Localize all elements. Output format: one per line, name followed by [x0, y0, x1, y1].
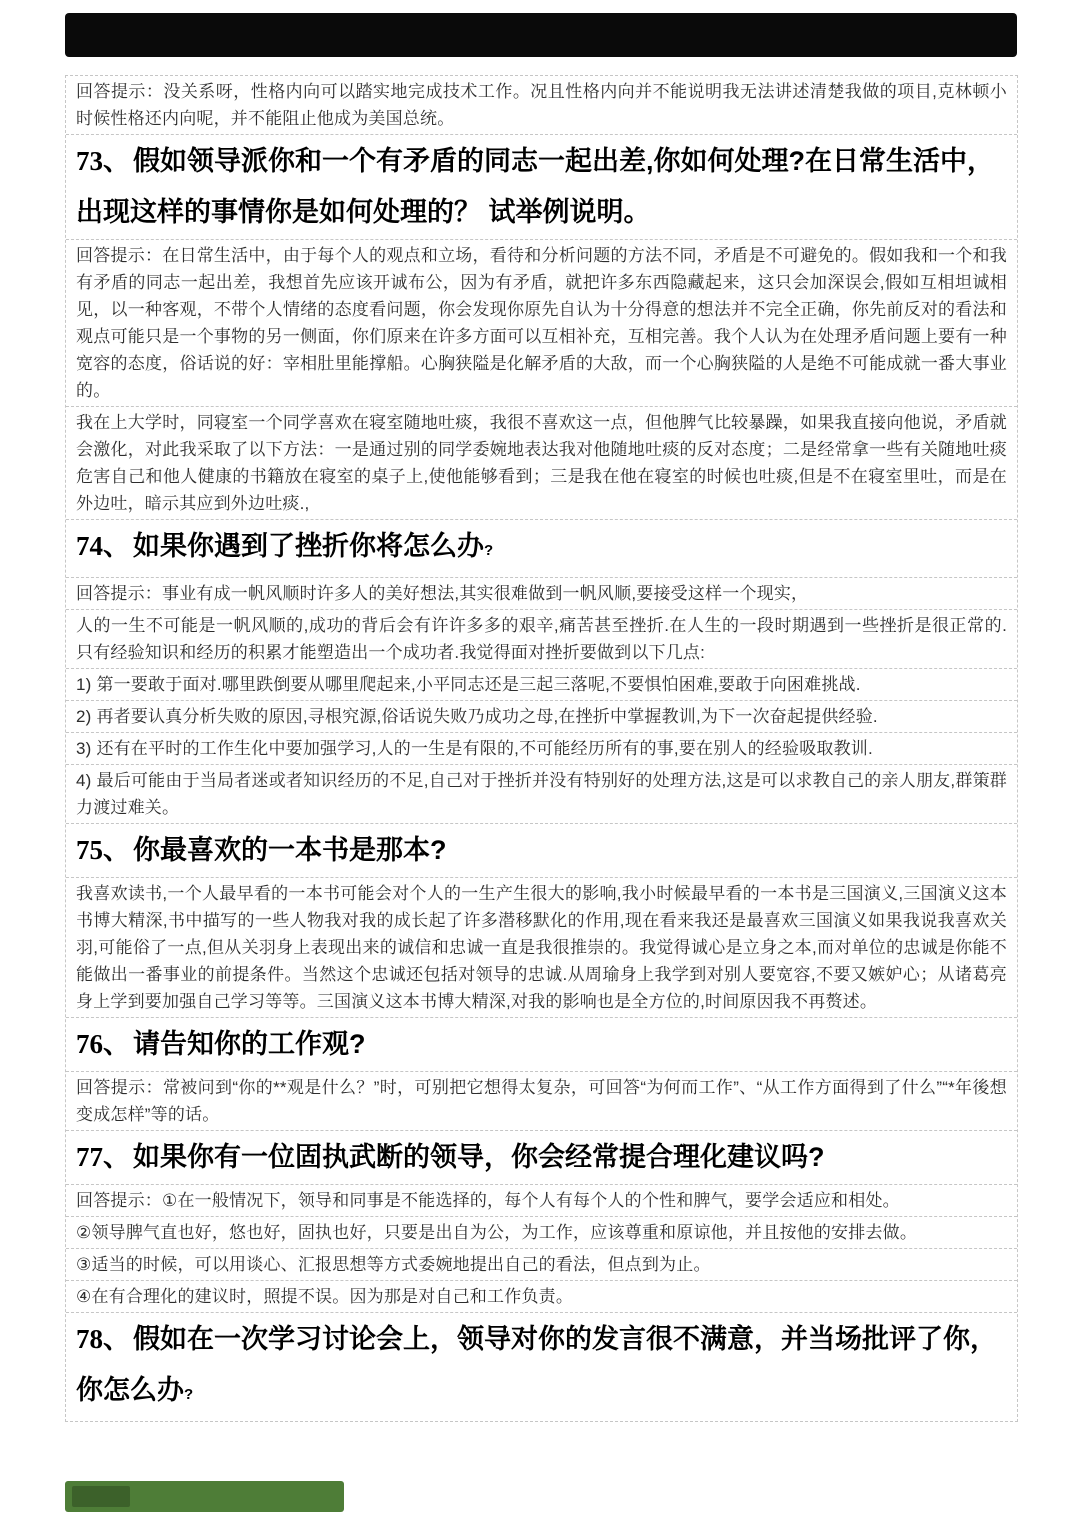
highlight-mark	[72, 1486, 130, 1507]
question-heading: 76、请告知你的工作观?	[66, 1017, 1017, 1071]
bottom-highlight-bar	[65, 1481, 344, 1512]
question-line: 你怎么办?	[76, 1365, 1007, 1420]
question-mark-small: ?	[184, 1386, 193, 1403]
answer-text-row: 3) 还有在平时的工作生化中要加强学习,人的一生是有限的,不可能经历所有的事,要…	[66, 732, 1017, 764]
answer-text-row: 回答提示：常被问到“你的**观是什么？”时，可别把它想得太复杂，可回答“为何而工…	[66, 1071, 1017, 1130]
answer-text-row: 回答提示：在日常生活中，由于每个人的观点和立场，看待和分析问题的方法不同，矛盾是…	[66, 239, 1017, 406]
question-heading: 75、你最喜欢的一本书是那本?	[66, 823, 1017, 877]
top-redacted-bar	[65, 13, 1017, 57]
question-heading: 78、假如在一次学习讨论会上，领导对你的发言很不满意，并当场批评了你，你怎么办?	[66, 1312, 1017, 1421]
question-text: 假如领导派你和一个有矛盾的同志一起出差,你如何处理?在日常生活中，	[133, 146, 994, 176]
question-line: 73、假如领导派你和一个有矛盾的同志一起出差,你如何处理?在日常生活中，	[76, 136, 1007, 187]
question-line: 78、假如在一次学习讨论会上，领导对你的发言很不满意，并当场批评了你，	[76, 1314, 1007, 1365]
answer-text-row: 人的一生不可能是一帆风顺的,成功的背后会有许许多多的艰辛,痛苦甚至挫折.在人生的…	[66, 609, 1017, 668]
page: 回答提示：没关系呀，性格内向可以踏实地完成技术工作。况且性格内向并不能说明我无法…	[0, 0, 1080, 1523]
question-heading: 77、如果你有一位固执武断的领导，你会经常提合理化建议吗?	[66, 1130, 1017, 1184]
question-line: 出现这样的事情你是如何处理的？ 试举例说明。	[76, 187, 1007, 238]
question-number: 78、	[76, 1324, 133, 1354]
answer-text-row: 2) 再者要认真分析失败的原因,寻根究源,俗话说失败乃成功之母,在挫折中掌握教训…	[66, 700, 1017, 732]
answer-text-row: ③适当的时候，可以用谈心、汇报思想等方式委婉地提出自己的看法，但点到为止。	[66, 1248, 1017, 1280]
question-line: 74、如果你遇到了挫折你将怎么办?	[76, 521, 1007, 576]
answer-text-row: 回答提示：没关系呀，性格内向可以踏实地完成技术工作。况且性格内向并不能说明我无法…	[66, 76, 1017, 134]
question-text: 请告知你的工作观?	[133, 1029, 366, 1059]
question-line: 76、请告知你的工作观?	[76, 1019, 1007, 1070]
question-text: 如果你有一位固执武断的领导，你会经常提合理化建议吗?	[133, 1142, 825, 1172]
question-text: 你怎么办	[76, 1375, 184, 1405]
answer-text-row: 回答提示：①在一般情况下，领导和同事是不能选择的，每个人有每个人的个性和脾气，要…	[66, 1184, 1017, 1216]
answer-text-row: 我在上大学时，同寝室一个同学喜欢在寝室随地吐痰，我很不喜欢这一点，但他脾气比较暴…	[66, 406, 1017, 519]
answer-text-row: 我喜欢读书,一个人最早看的一本书可能会对个人的一生产生很大的影响,我小时候最早看…	[66, 877, 1017, 1017]
question-heading: 74、如果你遇到了挫折你将怎么办?	[66, 519, 1017, 577]
answer-text-row: 回答提示：事业有成一帆风顺时许多人的美好想法,其实很难做到一帆风顺,要接受这样一…	[66, 577, 1017, 609]
question-text: 如果你遇到了挫折你将怎么办	[133, 531, 484, 561]
question-number: 73、	[76, 146, 133, 176]
answer-text-row: ④在有合理化的建议时，照提不误。因为那是对自己和工作负责。	[66, 1280, 1017, 1312]
question-line: 77、如果你有一位固执武断的领导，你会经常提合理化建议吗?	[76, 1132, 1007, 1183]
answer-text-row: ②领导脾气直也好，悠也好，固执也好，只要是出自为公，为工作，应该尊重和原谅他，并…	[66, 1216, 1017, 1248]
answer-text-row: 1) 第一要敢于面对.哪里跌倒要从哪里爬起来,小平同志还是三起三落呢,不要惧怕困…	[66, 668, 1017, 700]
question-number: 77、	[76, 1142, 133, 1172]
question-number: 75、	[76, 835, 133, 865]
question-number: 74、	[76, 531, 133, 561]
question-text: 出现这样的事情你是如何处理的？ 试举例说明。	[76, 197, 651, 227]
question-text: 假如在一次学习讨论会上，领导对你的发言很不满意，并当场批评了你，	[133, 1324, 997, 1354]
answer-text-row: 4) 最后可能由于当局者迷或者知识经历的不足,自己对于挫折并没有特别好的处理方法…	[66, 764, 1017, 823]
question-line: 75、你最喜欢的一本书是那本?	[76, 825, 1007, 876]
question-number: 76、	[76, 1029, 133, 1059]
interview-qa-document: 回答提示：没关系呀，性格内向可以踏实地完成技术工作。况且性格内向并不能说明我无法…	[65, 75, 1018, 1422]
question-text: 你最喜欢的一本书是那本?	[133, 835, 447, 865]
question-mark-small: ?	[484, 542, 493, 559]
question-heading: 73、假如领导派你和一个有矛盾的同志一起出差,你如何处理?在日常生活中，出现这样…	[66, 134, 1017, 239]
